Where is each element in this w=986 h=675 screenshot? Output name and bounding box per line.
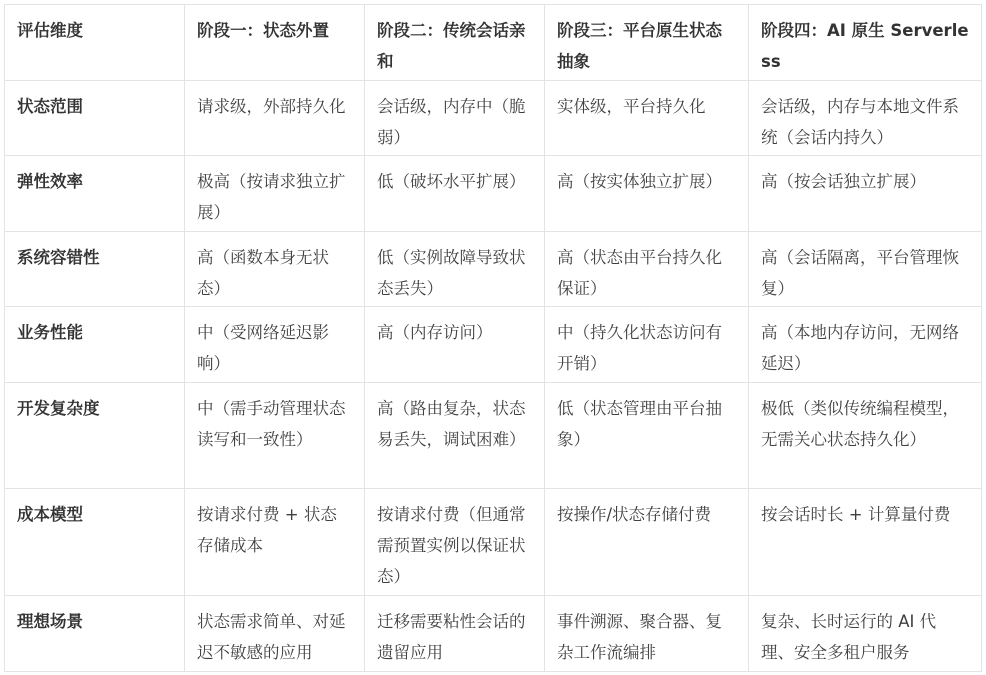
header-stage-4: 阶段四：AI 原生 Serverless <box>749 5 982 81</box>
table-cell: 中（持久化状态访问有开销） <box>545 307 749 383</box>
table-cell: 中（需手动管理状态读写和一致性） <box>185 383 365 489</box>
table-cell: 事件溯源、聚合器、复杂工作流编排 <box>545 596 749 672</box>
table-row-state-scope: 状态范围 请求级，外部持久化 会话级，内存中（脆弱） 实体级，平台持久化 会话级… <box>5 81 982 156</box>
table-cell: 高（路由复杂，状态易丢失，调试困难） <box>365 383 545 489</box>
table-cell: 按请求付费 + 状态存储成本 <box>185 489 365 596</box>
row-label: 弹性效率 <box>5 156 185 232</box>
serverless-stage-comparison-table: 评估维度 阶段一：状态外置 阶段二：传统会话亲和 阶段三：平台原生状态抽象 阶段… <box>4 4 982 672</box>
table-cell: 复杂、长时运行的 AI 代理、安全多租户服务 <box>749 596 982 672</box>
header-stage-1: 阶段一：状态外置 <box>185 5 365 81</box>
table-cell: 高（按会话独立扩展） <box>749 156 982 232</box>
row-label: 系统容错性 <box>5 232 185 307</box>
table-cell: 状态需求简单、对延迟不敏感的应用 <box>185 596 365 672</box>
table-cell: 会话级，内存与本地文件系统（会话内持久） <box>749 81 982 156</box>
table-cell: 极高（按请求独立扩展） <box>185 156 365 232</box>
row-label: 状态范围 <box>5 81 185 156</box>
header-stage-3: 阶段三：平台原生状态抽象 <box>545 5 749 81</box>
header-dimension: 评估维度 <box>5 5 185 81</box>
table-cell: 低（状态管理由平台抽象） <box>545 383 749 489</box>
table-cell: 请求级，外部持久化 <box>185 81 365 156</box>
row-label: 开发复杂度 <box>5 383 185 489</box>
comparison-table-container: 评估维度 阶段一：状态外置 阶段二：传统会话亲和 阶段三：平台原生状态抽象 阶段… <box>4 4 982 672</box>
row-label: 业务性能 <box>5 307 185 383</box>
table-row-performance: 业务性能 中（受网络延迟影响） 高（内存访问） 中（持久化状态访问有开销） 高（… <box>5 307 982 383</box>
table-cell: 高（按实体独立扩展） <box>545 156 749 232</box>
row-label: 成本模型 <box>5 489 185 596</box>
table-row-dev-complexity: 开发复杂度 中（需手动管理状态读写和一致性） 高（路由复杂，状态易丢失，调试困难… <box>5 383 982 489</box>
table-row-ideal-scenario: 理想场景 状态需求简单、对延迟不敏感的应用 迁移需要粘性会话的遗留应用 事件溯源… <box>5 596 982 672</box>
table-cell: 高（状态由平台持久化保证） <box>545 232 749 307</box>
table-header-row: 评估维度 阶段一：状态外置 阶段二：传统会话亲和 阶段三：平台原生状态抽象 阶段… <box>5 5 982 81</box>
row-label: 理想场景 <box>5 596 185 672</box>
table-cell: 低（破坏水平扩展） <box>365 156 545 232</box>
header-stage-2: 阶段二：传统会话亲和 <box>365 5 545 81</box>
table-row-fault-tolerance: 系统容错性 高（函数本身无状态） 低（实例故障导致状态丢失） 高（状态由平台持久… <box>5 232 982 307</box>
table-cell: 高（会话隔离，平台管理恢复） <box>749 232 982 307</box>
table-cell: 极低（类似传统编程模型，无需关心状态持久化） <box>749 383 982 489</box>
table-cell: 会话级，内存中（脆弱） <box>365 81 545 156</box>
table-cell: 高（内存访问） <box>365 307 545 383</box>
table-cell: 实体级，平台持久化 <box>545 81 749 156</box>
table-cell: 低（实例故障导致状态丢失） <box>365 232 545 307</box>
table-row-elasticity: 弹性效率 极高（按请求独立扩展） 低（破坏水平扩展） 高（按实体独立扩展） 高（… <box>5 156 982 232</box>
table-cell: 迁移需要粘性会话的遗留应用 <box>365 596 545 672</box>
table-cell: 按操作/状态存储付费 <box>545 489 749 596</box>
table-row-cost-model: 成本模型 按请求付费 + 状态存储成本 按请求付费（但通常需预置实例以保证状态）… <box>5 489 982 596</box>
table-cell: 高（本地内存访问，无网络延迟） <box>749 307 982 383</box>
table-cell: 按会话时长 + 计算量付费 <box>749 489 982 596</box>
table-cell: 高（函数本身无状态） <box>185 232 365 307</box>
table-cell: 按请求付费（但通常需预置实例以保证状态） <box>365 489 545 596</box>
table-cell: 中（受网络延迟影响） <box>185 307 365 383</box>
